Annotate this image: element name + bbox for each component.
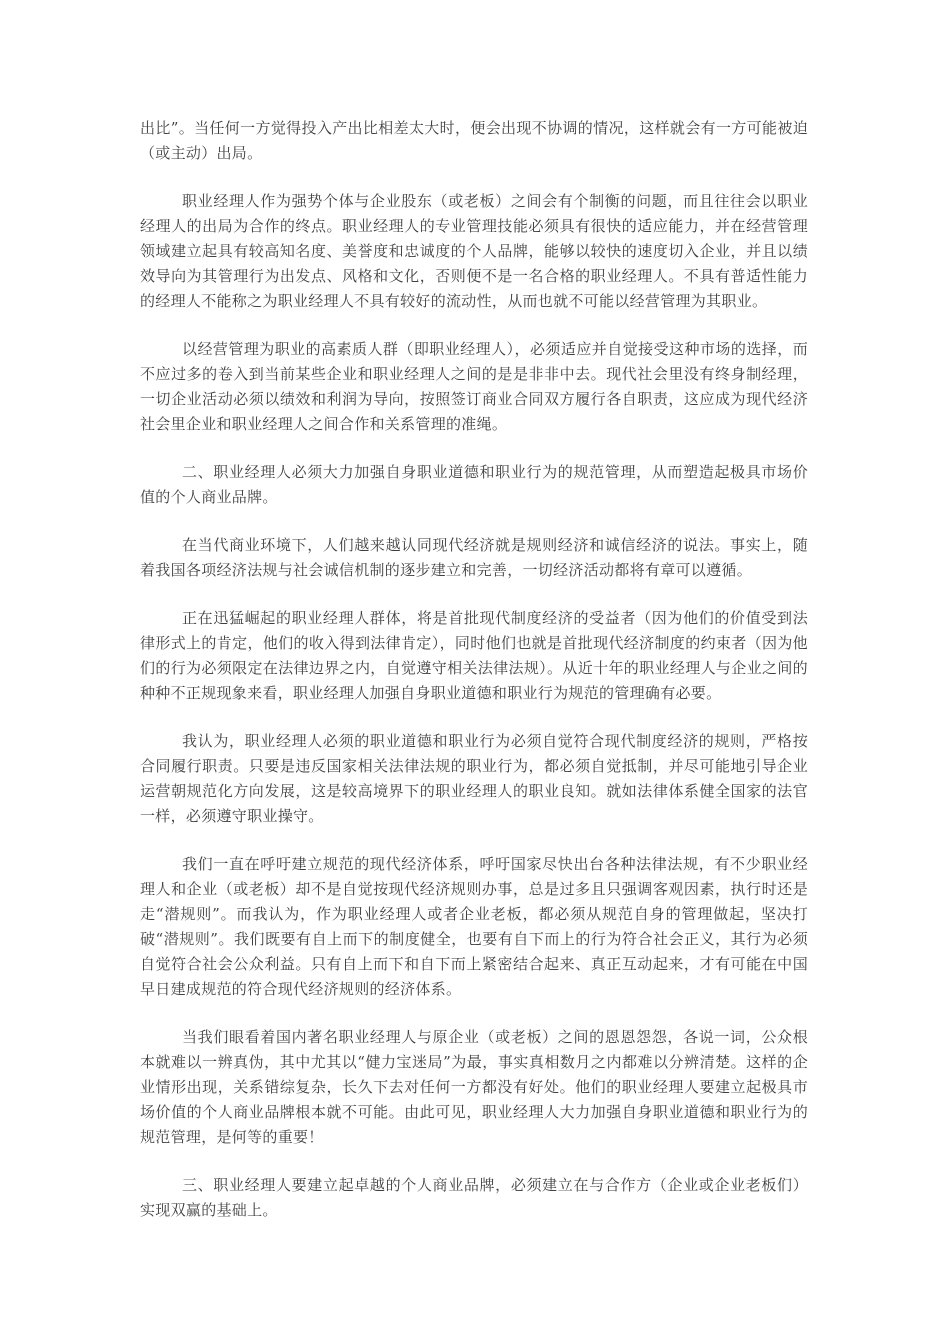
paragraph: 我认为，职业经理人必须的职业道德和职业行为必须自觉符合现代制度经济的规则，严格按…: [140, 729, 808, 829]
paragraph: 我们一直在呼吁建立规范的现代经济体系，呼吁国家尽快出台各种法律法规，有不少职业经…: [140, 852, 808, 1002]
document-text-block: 出比”。当任何一方觉得投入产出比相差太大时，便会出现不协调的情况，这样就会有一方…: [140, 116, 808, 1223]
paragraph-continuation: 出比”。当任何一方觉得投入产出比相差太大时，便会出现不协调的情况，这样就会有一方…: [140, 116, 808, 166]
paragraph-section-heading-2: 二、职业经理人必须大力加强自身职业道德和职业行为的规范管理，从而塑造起极具市场价…: [140, 460, 808, 510]
paragraph: 以经营管理为职业的高素质人群（即职业经理人），必须适应并自觉接受这种市场的选择，…: [140, 337, 808, 437]
document-page: 出比”。当任何一方觉得投入产出比相差太大时，便会出现不协调的情况，这样就会有一方…: [0, 0, 950, 1344]
paragraph: 当我们眼看着国内著名职业经理人与原企业（或老板）之间的恩恩怨怨，各说一词，公众根…: [140, 1025, 808, 1150]
paragraph: 在当代商业环境下，人们越来越认同现代经济就是规则经济和诚信经济的说法。事实上，随…: [140, 533, 808, 583]
paragraph: 职业经理人作为强势个体与企业股东（或老板）之间会有个制衡的问题，而且往往会以职业…: [140, 189, 808, 314]
paragraph-section-heading-3: 三、职业经理人要建立起卓越的个人商业品牌，必须建立在与合作方（企业或企业老板们）…: [140, 1173, 808, 1223]
paragraph: 正在迅猛崛起的职业经理人群体，将是首批现代制度经济的受益者（因为他们的价值受到法…: [140, 606, 808, 706]
